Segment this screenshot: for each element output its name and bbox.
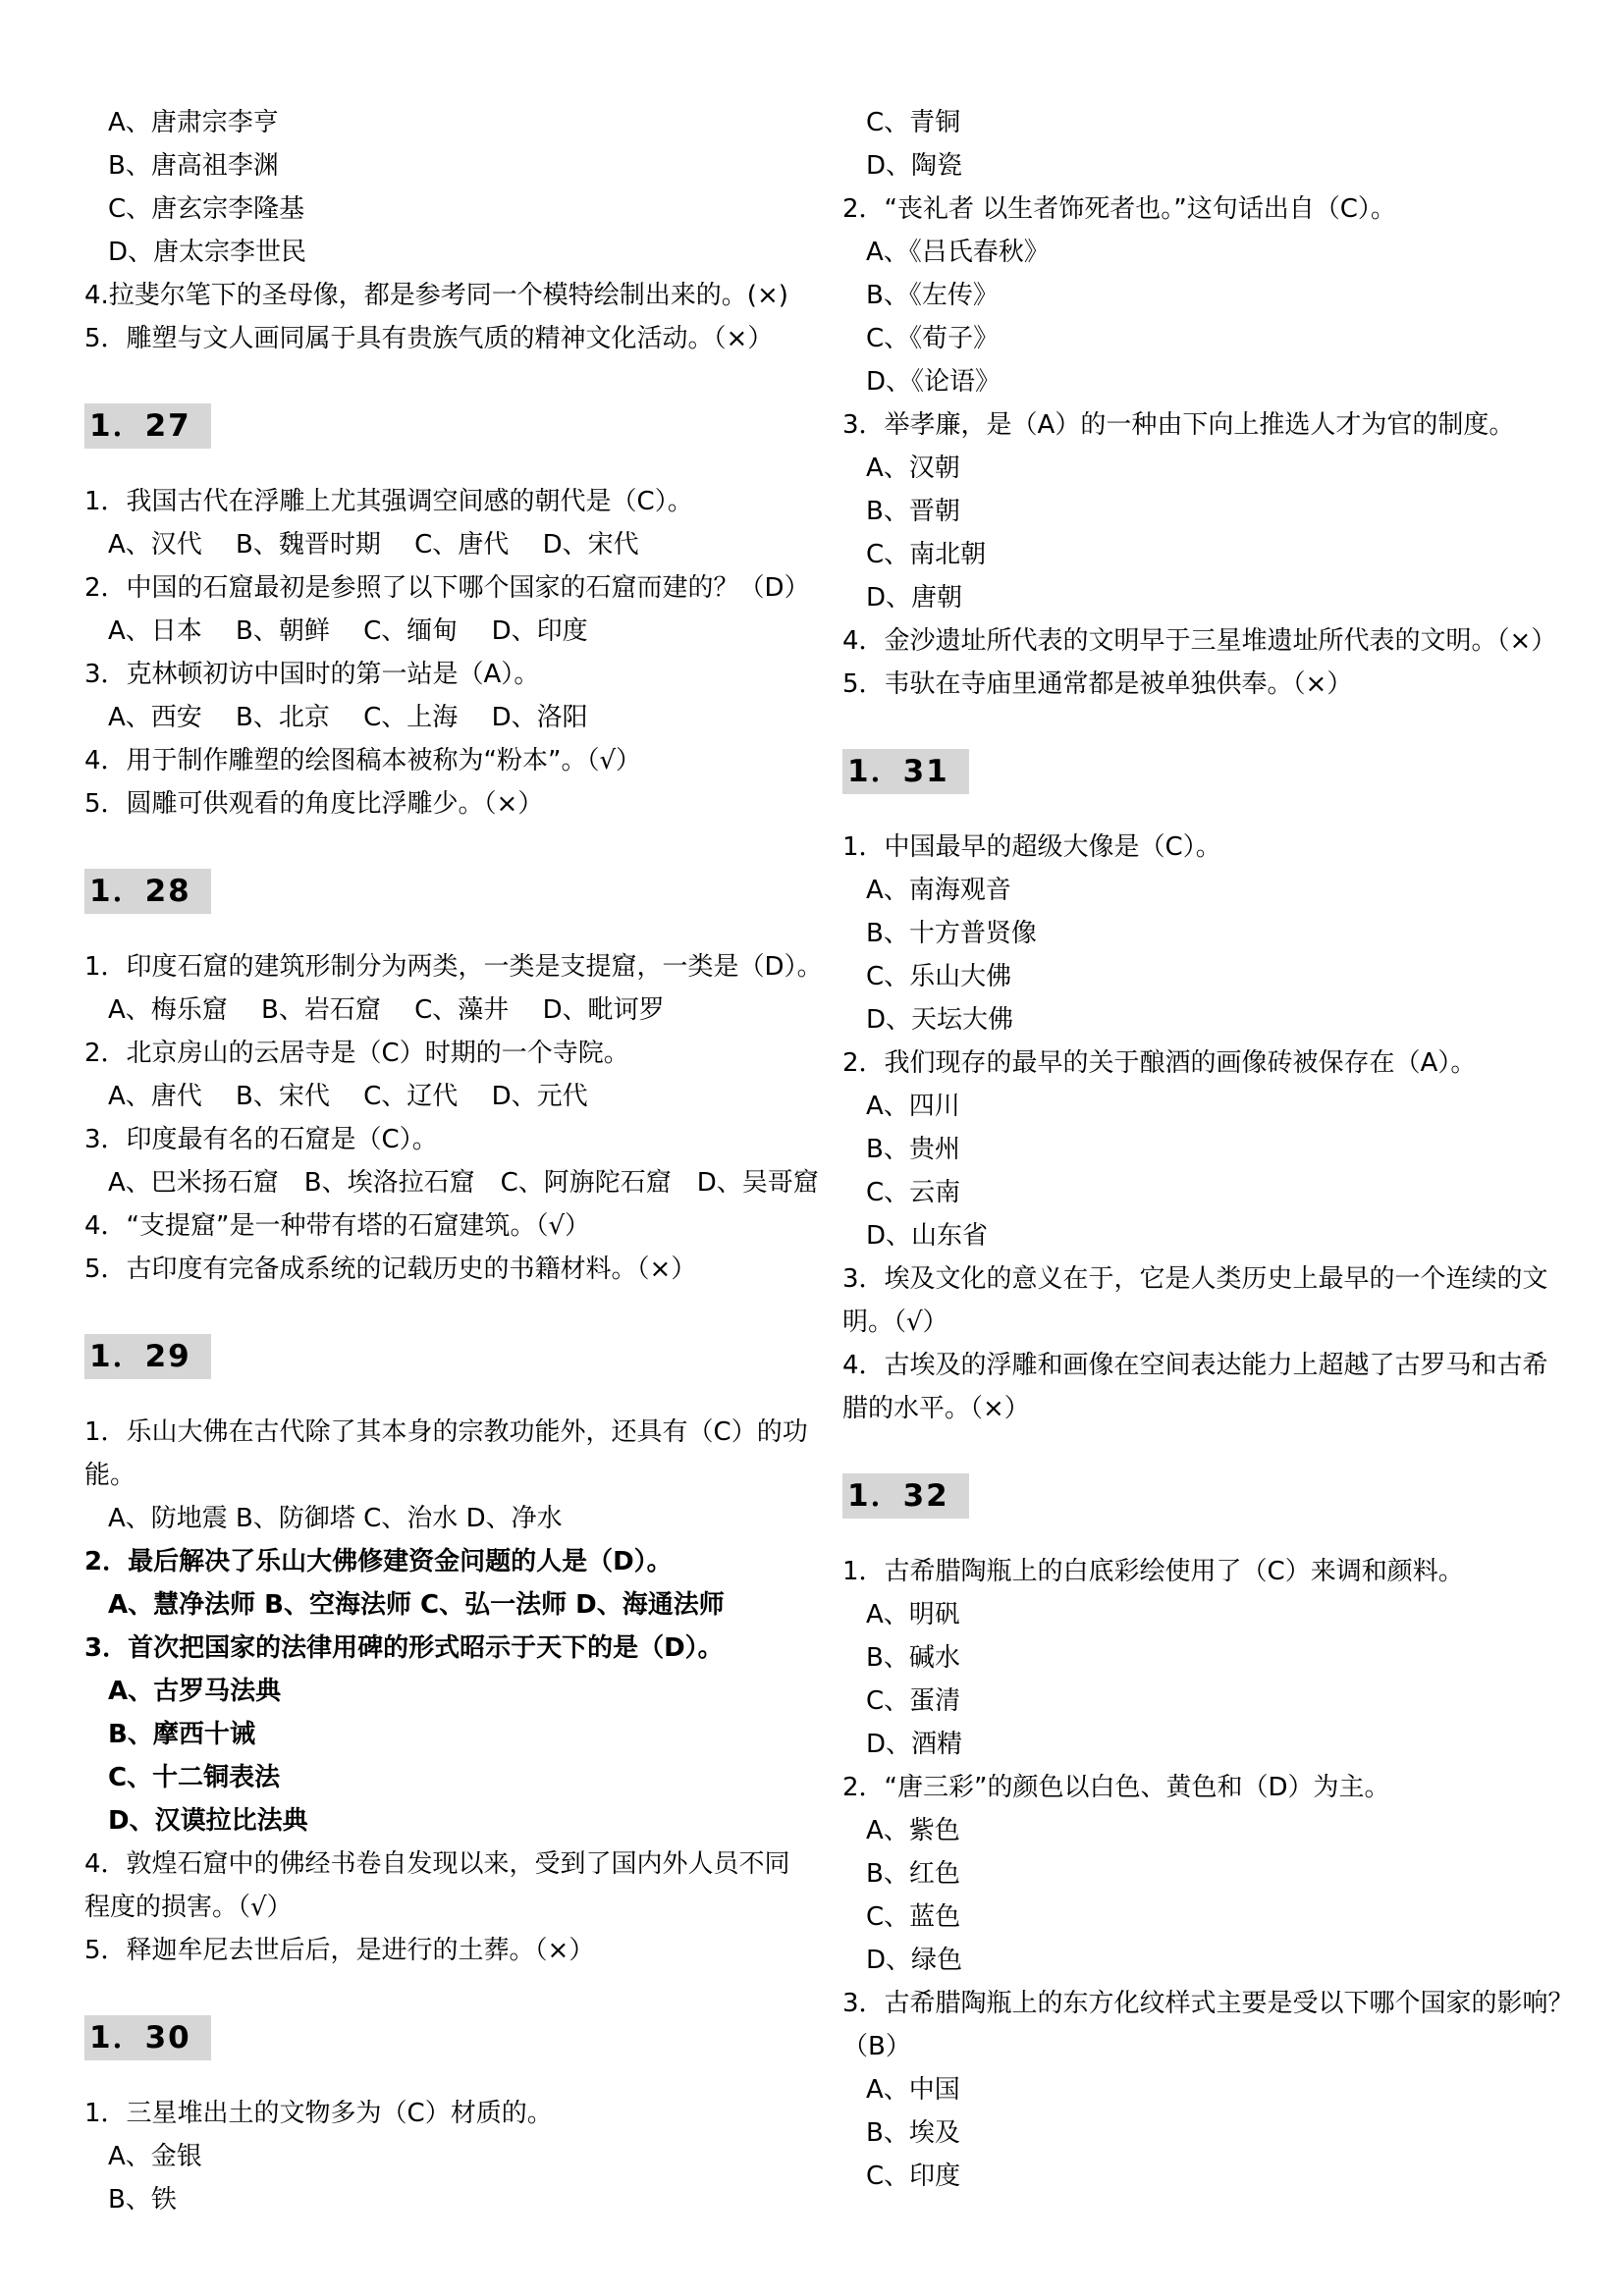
option-line: A、南海观音 — [842, 869, 1598, 912]
option-line: B、晋朝 — [842, 490, 1598, 533]
question-line: 5．圆雕可供观看的角度比浮雕少。（×） — [84, 782, 816, 826]
option-line: B、埃及 — [842, 2111, 1598, 2155]
section-heading-row: 1．32 — [842, 1473, 1598, 1519]
option-line: A、《吕氏春秋》 — [842, 231, 1598, 274]
option-line: A、金银 — [84, 2135, 816, 2178]
continuation-line: 能。 — [84, 1454, 816, 1497]
option-line: A、古罗马法典 — [84, 1670, 816, 1713]
document-page: A、唐肃宗李亨B、唐高祖李渊C、唐玄宗李隆基D、唐太宗李世民4.拉斐尔笔下的圣母… — [0, 0, 1624, 2296]
section-heading: 1．31 — [842, 749, 969, 794]
question-line: 2．中国的石窟最初是参照了以下哪个国家的石窟而建的？（D） — [84, 566, 816, 610]
option-line: A、紫色 — [842, 1809, 1598, 1852]
question-line: 3．首次把国家的法律用碑的形式昭示于天下的是（D）。 — [84, 1627, 816, 1670]
option-line: A、巴米扬石窟 B、埃洛拉石窟 C、阿旃陀石窟 D、吴哥窟 — [84, 1161, 816, 1204]
option-line: B、贵州 — [842, 1128, 1598, 1171]
question-line: 4．敦煌石窟中的佛经书卷自发现以来，受到了国内外人员不同 — [84, 1842, 816, 1886]
option-line: D、天坛大佛 — [842, 998, 1598, 1041]
question-line: 1．我国古代在浮雕上尤其强调空间感的朝代是（C）。 — [84, 480, 816, 523]
question-line: 1．乐山大佛在古代除了其本身的宗教功能外，还具有（C）的功 — [84, 1411, 816, 1454]
question-line: 3．举孝廉，是（A）的一种由下向上推选人才为官的制度。 — [842, 403, 1598, 447]
question-line: 3．克林顿初访中国时的第一站是（A）。 — [84, 653, 816, 696]
question-line: 4.拉斐尔笔下的圣母像，都是参考同一个模特绘制出来的。(×) — [84, 274, 816, 317]
option-line: D、绿色 — [842, 1939, 1598, 1982]
option-line: C、唐玄宗李隆基 — [84, 187, 816, 231]
question-line: 5．释迦牟尼去世后后，是进行的土葬。（×） — [84, 1929, 816, 1972]
question-line: 4．金沙遗址所代表的文明早于三星堆遗址所代表的文明。（×） — [842, 619, 1598, 663]
question-line: 2．“丧礼者 以生者饰死者也。”这句话出自（C）。 — [842, 187, 1598, 231]
option-line: D、酒精 — [842, 1723, 1598, 1766]
question-line: 2．北京房山的云居寺是（C）时期的一个寺院。 — [84, 1032, 816, 1075]
continuation-line: 明。（√） — [842, 1301, 1598, 1344]
option-line: B、《左传》 — [842, 274, 1598, 317]
question-line: 3．古希腊陶瓶上的东方化纹样式主要是受以下哪个国家的影响？ — [842, 1982, 1598, 2025]
option-line: C、青铜 — [842, 101, 1598, 144]
question-line: 4．古埃及的浮雕和画像在空间表达能力上超越了古罗马和古希 — [842, 1344, 1598, 1387]
option-line: C、蛋清 — [842, 1680, 1598, 1723]
section-heading-row: 1．30 — [84, 2015, 816, 2060]
section-heading-row: 1．31 — [842, 749, 1598, 794]
option-line: D、唐太宗李世民 — [84, 231, 816, 274]
option-line: B、十方普贤像 — [842, 912, 1598, 955]
section-heading: 1．30 — [84, 2015, 211, 2060]
option-line: A、日本 B、朝鲜 C、缅甸 D、印度 — [84, 610, 816, 653]
question-line: 1．印度石窟的建筑形制分为两类，一类是支提窟，一类是（D）。 — [84, 945, 816, 988]
option-line: A、四川 — [842, 1085, 1598, 1128]
question-line: 4．用于制作雕塑的绘图稿本被称为“粉本”。（√） — [84, 739, 816, 782]
option-line: A、防地震 B、防御塔 C、治水 D、净水 — [84, 1497, 816, 1540]
question-line: 2．我们现存的最早的关于酿酒的画像砖被保存在（A）。 — [842, 1041, 1598, 1085]
option-line: A、中国 — [842, 2068, 1598, 2111]
option-line: D、汉谟拉比法典 — [84, 1799, 816, 1842]
question-line: 5．雕塑与文人画同属于具有贵族气质的精神文化活动。（×） — [84, 317, 816, 360]
option-line: A、梅乐窟 B、岩石窟 C、藻井 D、毗诃罗 — [84, 988, 816, 1032]
option-line: A、汉代 B、魏晋时期 C、唐代 D、宋代 — [84, 523, 816, 566]
left-column: A、唐肃宗李亨B、唐高祖李渊C、唐玄宗李隆基D、唐太宗李世民4.拉斐尔笔下的圣母… — [84, 101, 816, 2221]
option-line: D、陶瓷 — [842, 144, 1598, 187]
question-line: 1．三星堆出土的文物多为（C）材质的。 — [84, 2092, 816, 2135]
option-line: B、碱水 — [842, 1636, 1598, 1680]
continuation-line: 腊的水平。（×） — [842, 1387, 1598, 1430]
option-line: B、唐高祖李渊 — [84, 144, 816, 187]
option-line: C、云南 — [842, 1171, 1598, 1214]
question-line: 3．印度最有名的石窟是（C）。 — [84, 1118, 816, 1161]
question-line: 5．古印度有完备成系统的记载历史的书籍材料。（×） — [84, 1248, 816, 1291]
right-column: C、青铜D、陶瓷2．“丧礼者 以生者饰死者也。”这句话出自（C）。A、《吕氏春秋… — [842, 101, 1598, 2198]
section-heading: 1．32 — [842, 1473, 969, 1519]
option-line: C、蓝色 — [842, 1896, 1598, 1939]
option-line: A、慧净法师 B、空海法师 C、弘一法师 D、海通法师 — [84, 1583, 816, 1627]
option-line: D、唐朝 — [842, 576, 1598, 619]
question-line: 1．中国最早的超级大像是（C）。 — [842, 826, 1598, 869]
continuation-line: （B） — [842, 2025, 1598, 2068]
option-line: D、山东省 — [842, 1214, 1598, 1257]
section-heading: 1．27 — [84, 403, 211, 449]
question-line: 2．最后解决了乐山大佛修建资金问题的人是（D）。 — [84, 1540, 816, 1583]
section-heading-row: 1．28 — [84, 869, 816, 914]
option-line: A、唐代 B、宋代 C、辽代 D、元代 — [84, 1075, 816, 1118]
option-line: A、唐肃宗李亨 — [84, 101, 816, 144]
continuation-line: 程度的损害。（√） — [84, 1886, 816, 1929]
option-line: C、印度 — [842, 2155, 1598, 2198]
option-line: B、铁 — [84, 2178, 816, 2221]
section-heading-row: 1．29 — [84, 1334, 816, 1379]
option-line: B、摩西十诫 — [84, 1713, 816, 1756]
option-line: A、明矾 — [842, 1593, 1598, 1636]
section-heading: 1．28 — [84, 869, 211, 914]
question-line: 2．“唐三彩”的颜色以白色、黄色和（D）为主。 — [842, 1766, 1598, 1809]
option-line: A、汉朝 — [842, 447, 1598, 490]
option-line: C、乐山大佛 — [842, 955, 1598, 998]
option-line: C、南北朝 — [842, 533, 1598, 576]
option-line: A、西安 B、北京 C、上海 D、洛阳 — [84, 696, 816, 739]
section-heading: 1．29 — [84, 1334, 211, 1379]
question-line: 3．埃及文化的意义在于，它是人类历史上最早的一个连续的文 — [842, 1257, 1598, 1301]
option-line: D、《论语》 — [842, 360, 1598, 403]
option-line: C、《荀子》 — [842, 317, 1598, 360]
question-line: 5．韦驮在寺庙里通常都是被单独供奉。（×） — [842, 663, 1598, 706]
question-line: 1．古希腊陶瓶上的白底彩绘使用了（C）来调和颜料。 — [842, 1550, 1598, 1593]
option-line: C、十二铜表法 — [84, 1756, 816, 1799]
question-line: 4．“支提窟”是一种带有塔的石窟建筑。（√） — [84, 1204, 816, 1248]
section-heading-row: 1．27 — [84, 403, 816, 449]
option-line: B、红色 — [842, 1852, 1598, 1896]
